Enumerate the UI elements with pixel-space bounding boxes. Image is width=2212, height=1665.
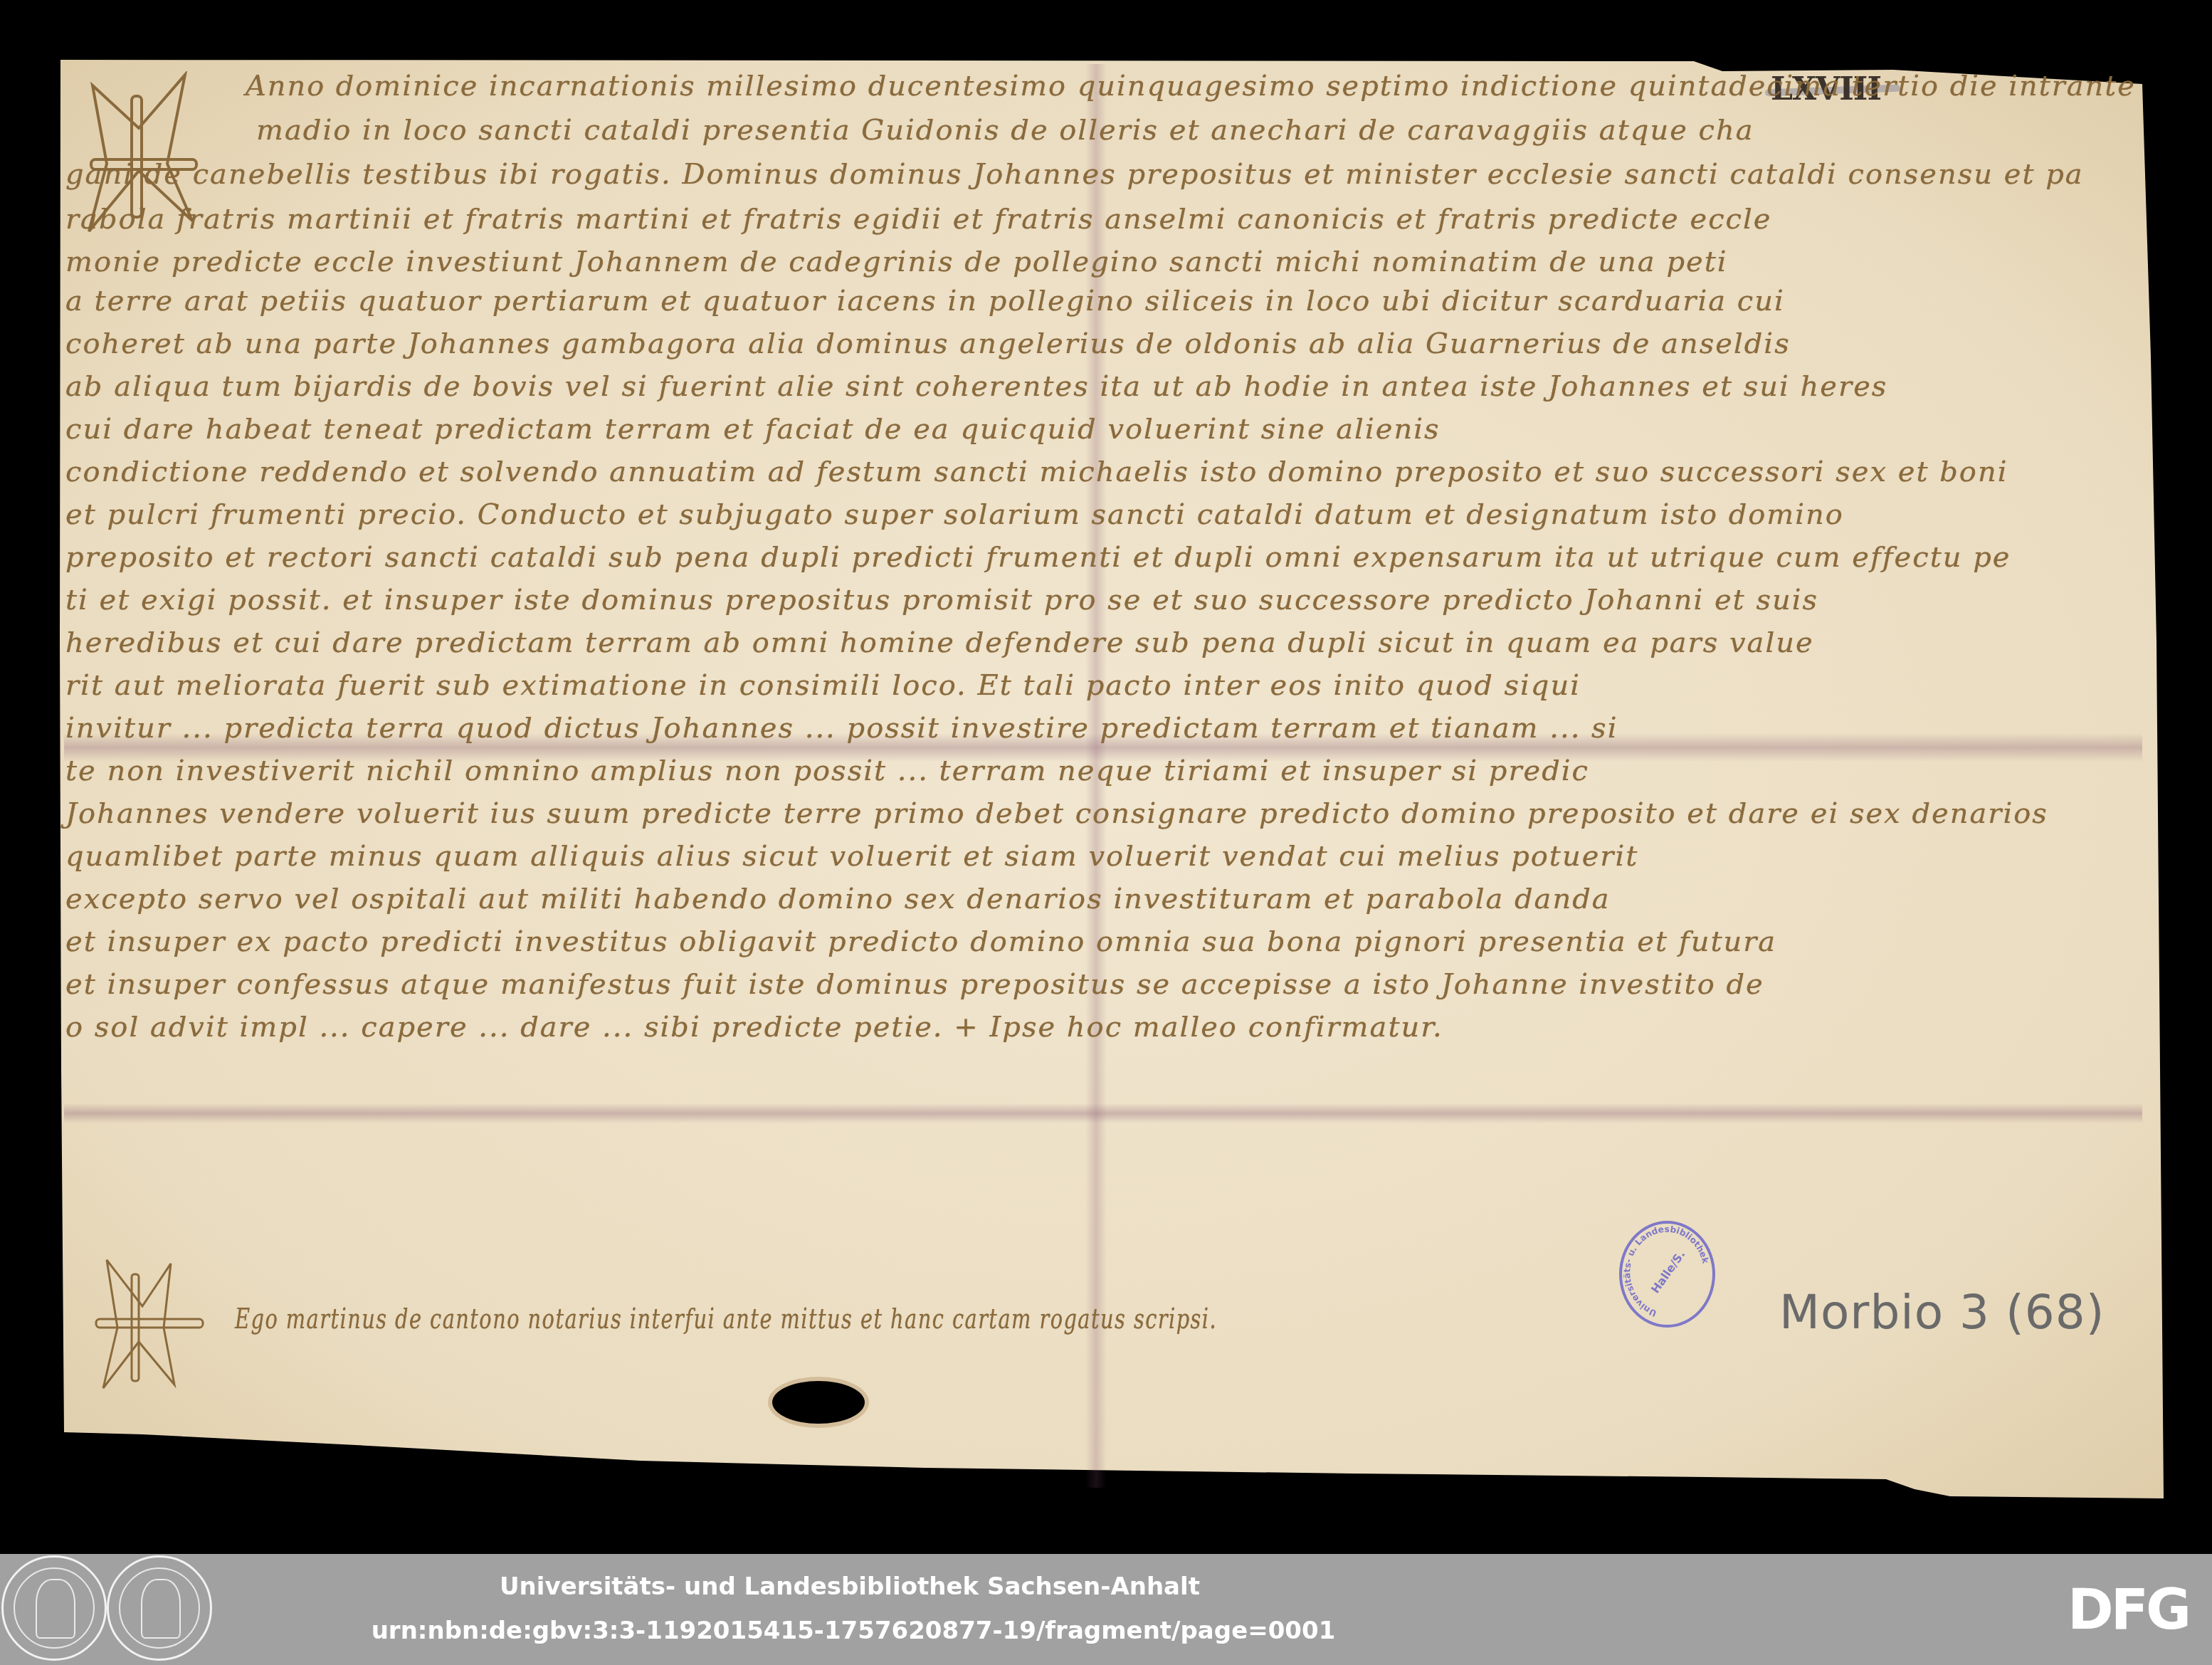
text-line: madio in loco sancti cataldi presentia G…	[256, 114, 1754, 147]
urn-identifier[interactable]: urn:nbn:de:gbv:3:3-1192015415-1757620877…	[0, 1617, 2212, 1645]
text-line: quamlibet parte minus quam alliquis aliu…	[65, 840, 1638, 873]
text-line: Anno dominice incarnationis millesimo du…	[246, 70, 2136, 103]
text-line: a terre arat petiis quatuor pertiarum et…	[65, 285, 1785, 317]
text-line: gani de canebellis testibus ibi rogatis.…	[65, 158, 2084, 191]
text-line: Johannes vendere voluerit ius suum predi…	[65, 797, 2048, 830]
institution-name: Universitäts- und Landesbibliothek Sachs…	[0, 1572, 2212, 1601]
text-line: te non investiverit nichil omnino ampliu…	[65, 755, 1589, 787]
text-line: et insuper confessus atque manifestus fu…	[65, 968, 1764, 1001]
text-line: et insuper ex pacto predicti investitus …	[65, 925, 1776, 958]
text-line: rabola fratris martinii et fratris marti…	[65, 203, 1771, 236]
pencil-annotation: Morbio 3 (68)	[1779, 1285, 2105, 1340]
text-line: excepto servo vel ospitali aut militi ha…	[65, 883, 1611, 915]
text-line: ab aliqua tum bijardis de bovis vel si f…	[65, 370, 1887, 403]
text-line: condictione reddendo et solvendo annuati…	[65, 456, 2008, 488]
dfg-logo[interactable]: DFG	[2068, 1582, 2189, 1638]
text-line: coheret ab una parte Johannes gambagora …	[65, 327, 1791, 360]
text-line: invitur ... predicta terra quod dictus J…	[65, 712, 1618, 745]
text-line: monie predicte eccle investiunt Johannem…	[65, 246, 1728, 278]
text-line: ti et exigi possit. et insuper iste domi…	[65, 584, 1818, 616]
text-line: preposito et rectori sancti cataldi sub …	[65, 541, 2011, 574]
image-viewport[interactable]: LXVIII Anno dominice incarnationis mille…	[0, 0, 2212, 1554]
parchment-charter: LXVIII Anno dominice incarnationis mille…	[0, 0, 2212, 1554]
library-ownership-stamp: Universitäts- u. Landesbibliothek Halle/…	[1619, 1221, 1715, 1328]
notary-signature-line: Ego martinus de cantono notarius interfu…	[235, 1303, 1217, 1335]
text-line: et pulcri frumenti precio. Conducto et s…	[65, 498, 1844, 531]
text-line: heredibus et cui dare predictam terram a…	[65, 626, 1814, 659]
footer-bar: Universitäts- und Landesbibliothek Sachs…	[0, 1554, 2212, 1665]
text-line: o sol advit impl ... capere ... dare ...…	[65, 1011, 1443, 1044]
text-line: cui dare habeat teneat predictam terram …	[65, 413, 1440, 446]
text-line: rit aut meliorata fuerit sub extimatione…	[65, 669, 1581, 702]
seal-hole	[772, 1381, 865, 1424]
